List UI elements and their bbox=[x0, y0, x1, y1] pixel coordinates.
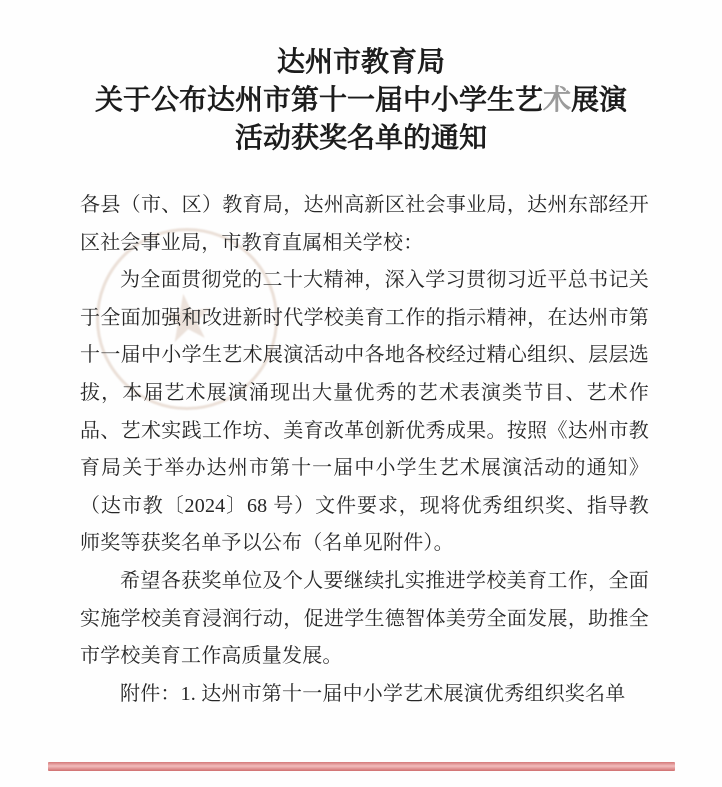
salutation-line: 各县（市、区）教育局，达州高新区社会事业局，达州东部经开区社会事业局，市教育直属… bbox=[80, 187, 649, 262]
title-line-2-faded-char: 术 bbox=[543, 85, 571, 116]
document-title: 达州市教育局 关于公布达州市第十一届中小学生艺术展演 活动获奖名单的通知 bbox=[0, 44, 722, 158]
title-line-3: 活动获奖名单的通知 bbox=[0, 120, 722, 158]
title-line-2: 关于公布达州市第十一届中小学生艺术展演 bbox=[0, 82, 722, 120]
attachment-line: 附件：1. 达州市第十一届中小学艺术展演优秀组织奖名单 bbox=[80, 676, 649, 714]
title-line-2-text-start: 关于公布达州市第十一届中小学生艺 bbox=[95, 85, 543, 116]
page-bottom-red-line bbox=[48, 762, 675, 771]
title-line-2-text-end: 展演 bbox=[571, 85, 627, 116]
scanned-document-page: ★ 达州市教育局 关于公布达州市第十一届中小学生艺术展演 活动获奖名单的通知 各… bbox=[0, 0, 722, 787]
document-body: 各县（市、区）教育局，达州高新区社会事业局，达州东部经开区社会事业局，市教育直属… bbox=[80, 187, 649, 713]
title-line-1: 达州市教育局 bbox=[0, 44, 722, 82]
body-paragraph-2: 希望各获奖单位及个人要继续扎实推进学校美育工作，全面实施学校美育浸润行动，促进学… bbox=[80, 563, 649, 676]
body-paragraph-1: 为全面贯彻党的二十大精神，深入学习贯彻习近平总书记关于全面加强和改进新时代学校美… bbox=[80, 262, 649, 563]
